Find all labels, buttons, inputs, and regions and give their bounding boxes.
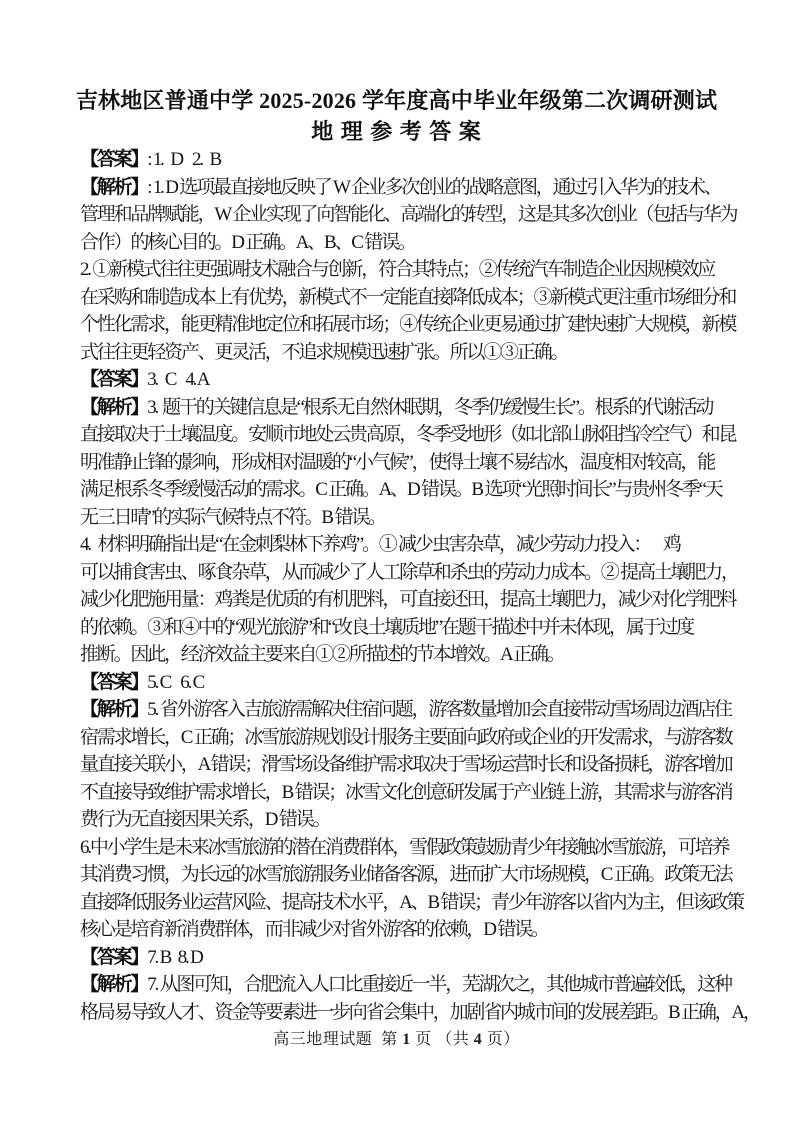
footer-total-prefix: （共: [436, 1031, 474, 1048]
text-line: 4. 材料明确指出是“在金刺梨林下养鸡”。① 减少虫害杂草，减少劳动力投入： 鸡: [80, 531, 732, 559]
section-tag: 【答案】: [80, 672, 147, 693]
section-tag: 【解析】: [80, 974, 147, 995]
line-text: 直接取决于土壤温度。安顺市地处云贵高原，冬季受地形（如北部山脉阻挡冷空气）和昆: [80, 424, 735, 445]
section-tag: 【解析】: [80, 397, 147, 418]
section-tag: 【解析】: [80, 699, 147, 720]
page-footer: 高三地理试题 第 1 页 （共 4 页）: [0, 1026, 793, 1049]
text-line: 【解析】3. 题干的关键信息是“根系无自然休眠期，冬季仍缓慢生长”。根系的代谢活…: [80, 394, 732, 422]
section-tag: 【答案】: [80, 369, 147, 390]
text-line: 推断。因此，经济效益主要来自①②所描述的节本增效。A 正确。: [80, 641, 732, 669]
text-line: 管理和品牌赋能，W 企业实现了向智能化、高端化的转型，这是其多次创业（包括与华为: [80, 201, 732, 229]
line-text: : 1. D 2. B: [147, 149, 220, 170]
text-line: 明准静止锋的影响，形成相对温暖的“小气候”，使得土壤不易结冰，温度相对较高，能: [80, 449, 732, 477]
text-line: 核心是培育新消费群体，而非减少对省外游客的依赖，D 错误。: [80, 916, 732, 944]
line-text: 量直接关联小，A 错误；滑雪场设备维护需求取决于雪场运营时长和设备损耗，游客增加: [80, 754, 731, 775]
footer-page-suffix: 页: [411, 1031, 437, 1048]
line-text: 其消费习惯，为长远的冰雪旅游服务业储备客源，进而扩大市场规模，C 正确。政策无法: [80, 864, 731, 885]
text-line: 其消费习惯，为长远的冰雪旅游服务业储备客源，进而扩大市场规模，C 正确。政策无法: [80, 861, 732, 889]
text-line: 【答案】: 1. D 2. B: [80, 146, 732, 174]
text-line: 【解析】7. 从图可知，合肥流入人口比重接近一半，芜湖次之，其他城市普遍较低，这…: [80, 971, 732, 999]
line-text: 的依赖。③和④中的“观光旅游”和“改良土壤质地”在题干描述中并未体现，属于过度: [80, 617, 693, 638]
line-text: : 1. D 选项最直接地反映了 W 企业多次创业的战略意图，通过引入华为的技术…: [147, 177, 720, 198]
text-line: 【答案】3. C 4. A: [80, 366, 732, 394]
text-line: 式往往更轻资产、更灵活，不追求规模迅速扩张。所以①③正确。: [80, 339, 732, 367]
line-text: 式往往更轻资产、更灵活，不追求规模迅速扩张。所以①③正确。: [80, 342, 567, 363]
line-text: 不直接导致维护需求增长，B 错误；冰雪文化创意研发属于产业链上游，其需求与游客消: [80, 782, 731, 803]
text-line: 量直接关联小，A 错误；滑雪场设备维护需求取决于雪场运营时长和设备损耗，游客增加: [80, 751, 732, 779]
text-line: 直接降低服务业运营风险、提高技术水平，A、B 错误；青少年游客以省内为主，但该政…: [80, 889, 732, 917]
line-text: 直接降低服务业运营风险、提高技术水平，A、B 错误；青少年游客以省内为主，但该政…: [80, 892, 743, 913]
line-text: 3. C 4. A: [147, 369, 208, 390]
text-line: 满足根系冬季缓慢活动的需求。C 正确。A、D 错误。B 选项“光照时间长”与贵州…: [80, 476, 732, 504]
line-text: 6.中小学生是未来冰雪旅游的潜在消费群体，雪假政策鼓励青少年接触冰雪旅游，可培养: [80, 837, 728, 858]
text-line: 可以捕食害虫、啄食杂草，从而减少了人工除草和杀虫的劳动力成本。② 提高土壤肥力，: [80, 559, 732, 587]
text-line: 【解析】5. 省外游客入吉旅游需解决住宿问题，游客数量增加会直接带动雪场周边酒店…: [80, 696, 732, 724]
line-text: 2. ①新模式往往更强调技术融合与创新，符合其特点；②传统汽车制造企业因规模效应: [80, 259, 714, 280]
document-title: 吉林地区普通中学 2025-2026 学年度高中毕业年级第二次调研测试: [0, 84, 793, 115]
text-line: 【答案】5. C 6. C: [80, 669, 732, 697]
line-text: 3. 题干的关键信息是“根系无自然休眠期，冬季仍缓慢生长”。根系的代谢活动: [147, 397, 712, 418]
text-line: 格局易导致人才、资金等要素进一步向省会集中，加剧省内城市间的发展差距。B 正确，…: [80, 999, 732, 1027]
line-text: 推断。因此，经济效益主要来自①②所描述的节本增效。A 正确。: [80, 644, 563, 665]
text-line: 的依赖。③和④中的“观光旅游”和“改良土壤质地”在题干描述中并未体现，属于过度: [80, 614, 732, 642]
document-subtitle: 地 理 参 考 答 案: [0, 115, 793, 146]
section-tag: 【答案】: [80, 149, 147, 170]
text-line: 减少化肥施用量：鸡粪是优质的有机肥料，可直接还田，提高土壤肥力，减少对化学肥料: [80, 586, 732, 614]
footer-gap: [372, 1031, 381, 1048]
line-text: 费行为无直接因果关系，D 错误。: [80, 809, 329, 830]
line-text: 核心是培育新消费群体，而非减少对省外游客的依赖，D 错误。: [80, 919, 548, 940]
text-line: 在采购和制造成本上有优势，新模式不一定能直接降低成本；③新模式更注重市场细分和: [80, 284, 732, 312]
line-text: 合作）的核心目的。D 正确。A、B、C 错误。: [80, 232, 415, 253]
line-text: 满足根系冬季缓慢活动的需求。C 正确。A、D 错误。B 选项“光照时间长”与贵州…: [80, 479, 722, 500]
line-text: 可以捕食害虫、啄食杂草，从而减少了人工除草和杀虫的劳动力成本。② 提高土壤肥力，: [80, 562, 738, 583]
line-text: 减少化肥施用量：鸡粪是优质的有机肥料，可直接还田，提高土壤肥力，减少对化学肥料: [80, 589, 735, 610]
footer-page-prefix: 第: [381, 1031, 402, 1048]
text-line: 【解析】: 1. D 选项最直接地反映了 W 企业多次创业的战略意图，通过引入华…: [80, 174, 732, 202]
document-body: 【答案】: 1. D 2. B【解析】: 1. D 选项最直接地反映了 W 企业…: [80, 146, 732, 1026]
text-line: 合作）的核心目的。D 正确。A、B、C 错误。: [80, 229, 732, 257]
section-tag: 【答案】: [80, 947, 147, 968]
text-line: 直接取决于土壤温度。安顺市地处云贵高原，冬季受地形（如北部山脉阻挡冷空气）和昆: [80, 421, 732, 449]
line-text: 明准静止锋的影响，形成相对温暖的“小气候”，使得土壤不易结冰，温度相对较高，能: [80, 452, 714, 473]
line-text: 无三日晴”的实际气候特点不符。B 错误。: [80, 507, 385, 528]
footer-total-suffix: 页）: [482, 1031, 520, 1048]
footer-page-number: 1: [402, 1031, 411, 1048]
text-line: 【答案】7. B 8. D: [80, 944, 732, 972]
line-text: 4. 材料明确指出是“在金刺梨林下养鸡”。① 减少虫害杂草，减少劳动力投入： 鸡: [80, 534, 680, 555]
line-text: 宿需求增长，C 正确；冰雪旅游规划设计服务主要面向政府或企业的开发需求，与游客数: [80, 727, 731, 748]
text-line: 6.中小学生是未来冰雪旅游的潜在消费群体，雪假政策鼓励青少年接触冰雪旅游，可培养: [80, 834, 732, 862]
line-text: 在采购和制造成本上有优势，新模式不一定能直接降低成本；③新模式更注重市场细分和: [80, 287, 735, 308]
text-line: 费行为无直接因果关系，D 错误。: [80, 806, 732, 834]
line-text: 7. B 8. D: [147, 947, 201, 968]
text-line: 不直接导致维护需求增长，B 错误；冰雪文化创意研发属于产业链上游，其需求与游客消: [80, 779, 732, 807]
line-text: 格局易导致人才、资金等要素进一步向省会集中，加剧省内城市间的发展差距。B 正确，…: [80, 1002, 760, 1023]
line-text: 7. 从图可知，合肥流入人口比重接近一半，芜湖次之，其他城市普遍较低，这种: [147, 974, 731, 995]
line-text: 个性化需求，能更精准地定位和拓展市场；④传统企业更易通过扩建快速扩大规模，新模: [80, 314, 735, 335]
document-page: 吉林地区普通中学 2025-2026 学年度高中毕业年级第二次调研测试 地 理 …: [0, 0, 793, 1122]
text-line: 2. ①新模式往往更强调技术融合与创新，符合其特点；②传统汽车制造企业因规模效应: [80, 256, 732, 284]
text-line: 宿需求增长，C 正确；冰雪旅游规划设计服务主要面向政府或企业的开发需求，与游客数: [80, 724, 732, 752]
text-line: 个性化需求，能更精准地定位和拓展市场；④传统企业更易通过扩建快速扩大规模，新模: [80, 311, 732, 339]
section-tag: 【解析】: [80, 177, 147, 198]
footer-total-number: 4: [474, 1031, 483, 1048]
line-text: 5. C 6. C: [147, 672, 203, 693]
footer-doc-label: 高三地理试题: [273, 1031, 372, 1048]
line-text: 管理和品牌赋能，W 企业实现了向智能化、高端化的转型，这是其多次创业（包括与华为: [80, 204, 736, 225]
text-line: 无三日晴”的实际气候特点不符。B 错误。: [80, 504, 732, 532]
line-text: 5. 省外游客入吉旅游需解决住宿问题，游客数量增加会直接带动雪场周边酒店住: [147, 699, 731, 720]
